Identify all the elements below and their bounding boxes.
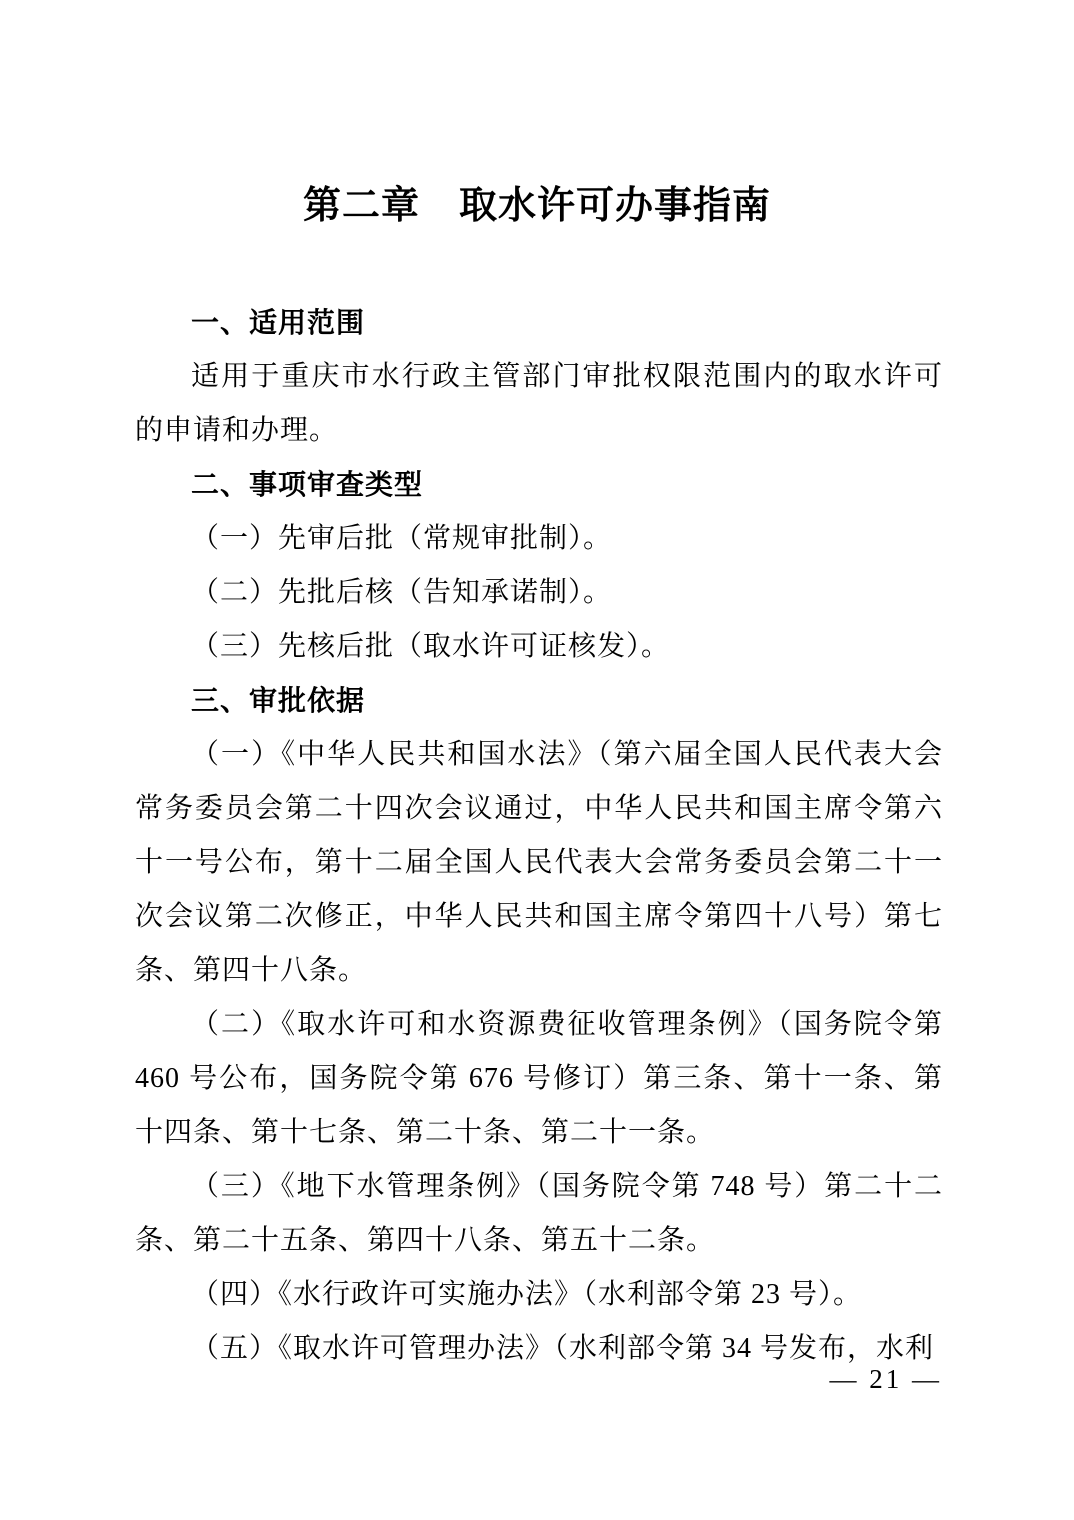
review-type-item-3: （三）先核后批（取水许可证核发）。 <box>135 620 943 674</box>
paragraph-scope: 适用于重庆市水行政主管部门审批权限范围内的取水许可的申请和办理。 <box>135 350 943 458</box>
review-type-item-1: （一）先审后批（常规审批制）。 <box>135 512 943 566</box>
approval-basis-item-2: （二）《取水许可和水资源费征收管理条例》（国务院令第 460 号公布，国务院令第… <box>135 998 943 1160</box>
approval-basis-item-1: （一）《中华人民共和国水法》（第六届全国人民代表大会常务委员会第二十四次会议通过… <box>135 728 943 998</box>
approval-basis-item-3: （三）《地下水管理条例》（国务院令第 748 号）第二十二条、第二十五条、第四十… <box>135 1160 943 1268</box>
page-number: — 21 — <box>830 1362 943 1396</box>
document-body: 一、适用范围 适用于重庆市水行政主管部门审批权限范围内的取水许可的申请和办理。 … <box>135 296 943 1376</box>
chapter-title: 第二章 取水许可办事指南 <box>0 176 1074 237</box>
approval-basis-item-5: （五）《取水许可管理办法》（水利部令第 34 号发布，水利 <box>135 1322 943 1376</box>
document-page: 第二章 取水许可办事指南 一、适用范围 适用于重庆市水行政主管部门审批权限范围内… <box>0 0 1074 1520</box>
section-heading-approval-basis: 三、审批依据 <box>135 674 943 728</box>
review-type-item-2: （二）先批后核（告知承诺制）。 <box>135 566 943 620</box>
section-heading-scope: 一、适用范围 <box>135 296 943 350</box>
approval-basis-item-4: （四）《水行政许可实施办法》（水利部令第 23 号）。 <box>135 1268 943 1322</box>
section-heading-review-types: 二、事项审查类型 <box>135 458 943 512</box>
